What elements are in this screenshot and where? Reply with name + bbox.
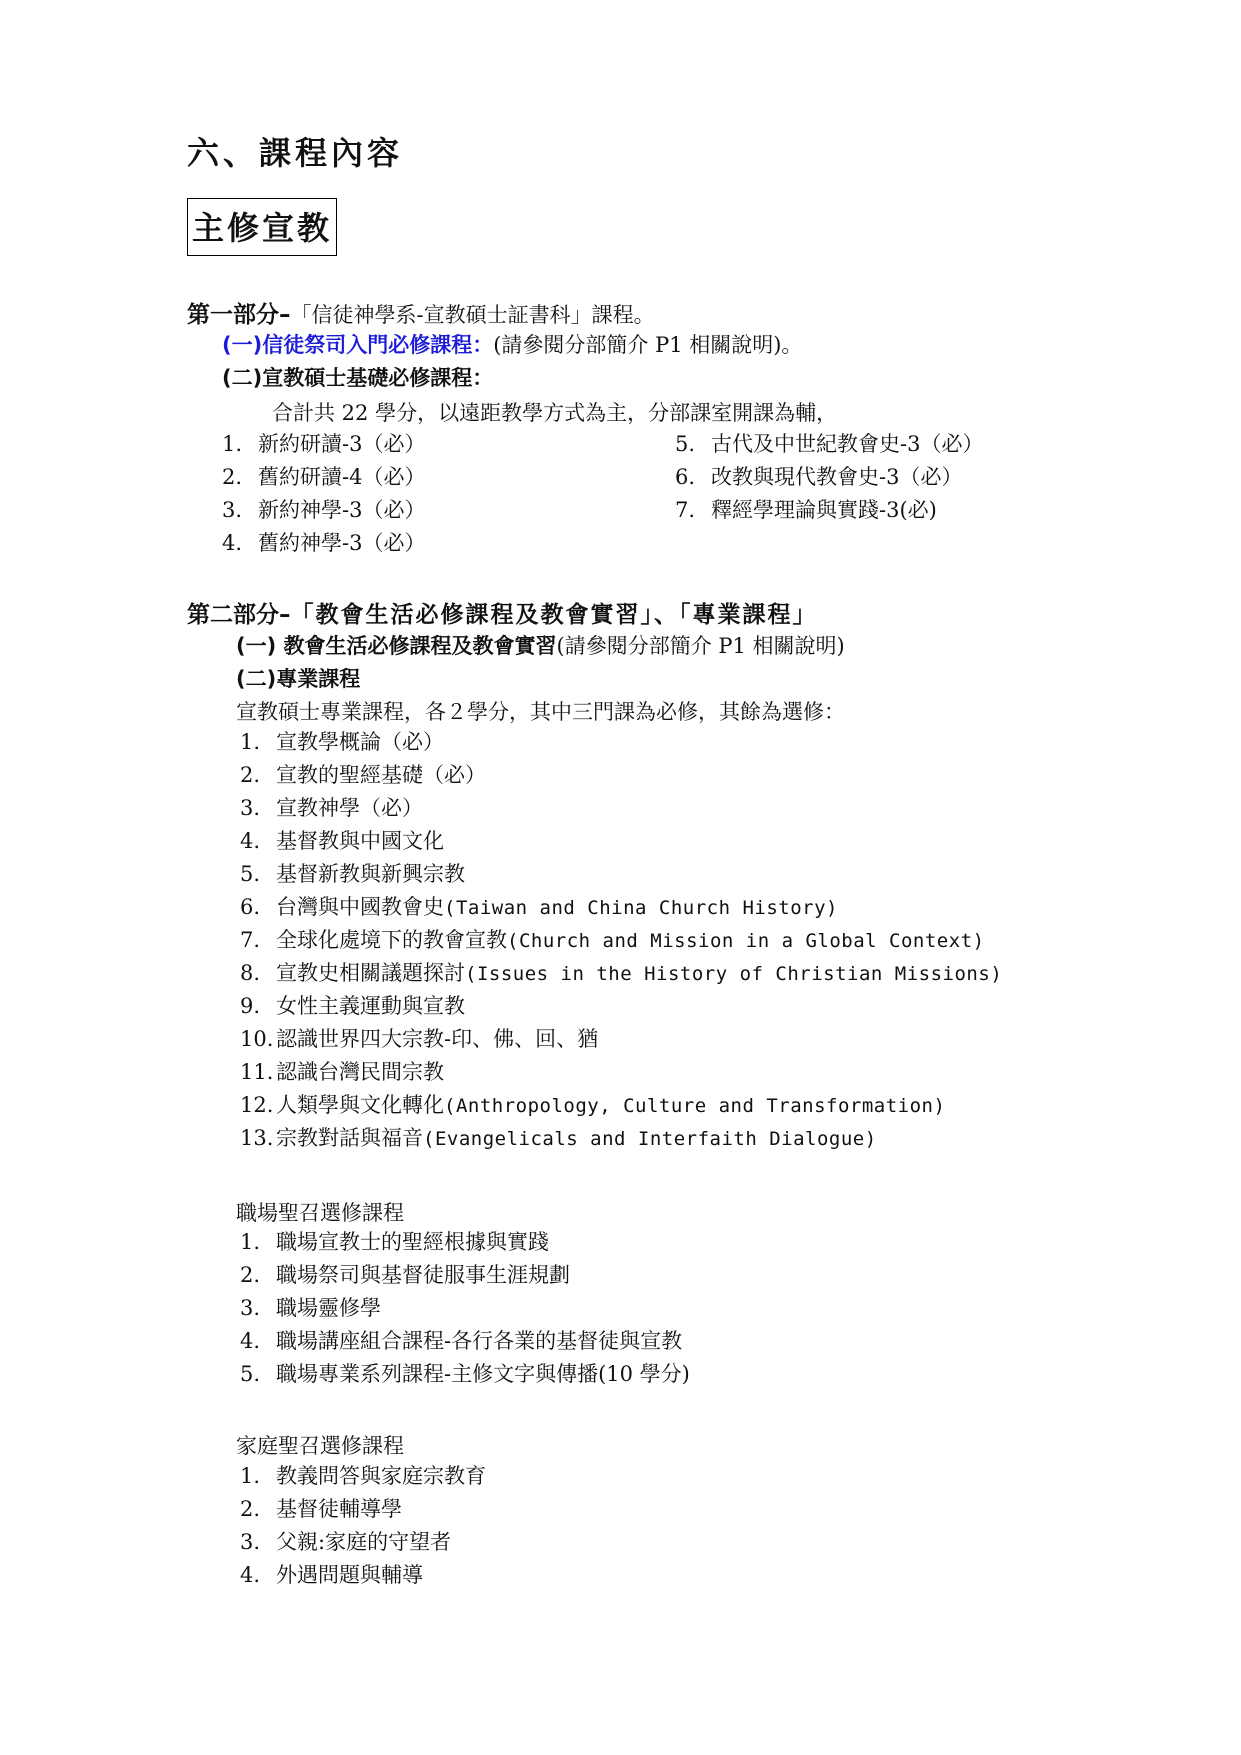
part2-title: 第二部分–「教會生活必修課程及教會實習」、「專業課程」 bbox=[187, 596, 818, 629]
list-item: 11.認識台灣民間宗教 bbox=[240, 1056, 1002, 1089]
list-item: 3.職場靈修學 bbox=[240, 1292, 690, 1325]
major-label-box: 主修宣教 bbox=[187, 198, 337, 256]
list-item: 7.全球化處境下的教會宣教(Church and Mission in a Gl… bbox=[240, 924, 1002, 957]
part2-title-rest: 「教會生活必修課程及教會實習」、「專業課程」 bbox=[291, 602, 818, 628]
part1-sub1-label: (一)信徒祭司入門必修課程： bbox=[222, 333, 493, 357]
part1-title-bold: 第一部分– bbox=[187, 302, 291, 328]
family-courses: 1.教義問答與家庭宗教育 2.基督徒輔導學 3.父親:家庭的守望者 4.外遇問題… bbox=[240, 1460, 486, 1592]
part1-courses-left: 1.新約研讀-3（必） 2.舊約研讀-4（必） 3.新約神學-3（必） 4.舊約… bbox=[222, 428, 425, 560]
family-title: 家庭聖召選修課程 bbox=[236, 1430, 404, 1460]
list-item: 5.職場專業系列課程-主修文字與傳播(10 學分) bbox=[240, 1358, 690, 1391]
workplace-title: 職場聖召選修課程 bbox=[236, 1197, 404, 1227]
list-item: 4.外遇問題與輔導 bbox=[240, 1559, 486, 1592]
list-item: 3.宣教神學（必） bbox=[240, 792, 1002, 825]
part2-sub1: (一) 教會生活必修課程及教會實習(請參閱分部簡介 P1 相關說明) bbox=[236, 630, 845, 660]
list-item: 2.舊約研讀-4（必） bbox=[222, 461, 425, 494]
list-item: 1.教義問答與家庭宗教育 bbox=[240, 1460, 486, 1493]
list-item: 6.台灣與中國教會史(Taiwan and China Church Histo… bbox=[240, 891, 1002, 924]
list-item: 4.基督教與中國文化 bbox=[240, 825, 1002, 858]
part2-title-bold: 第二部分– bbox=[187, 602, 291, 628]
list-item: 6.改教與現代教會史-3（必） bbox=[675, 461, 983, 494]
part2-sub1-label: (一) 教會生活必修課程及教會實習 bbox=[236, 634, 557, 658]
list-item: 12.人類學與文化轉化(Anthropology, Culture and Tr… bbox=[240, 1089, 1002, 1122]
list-item: 8.宣教史相關議題探討(Issues in the History of Chr… bbox=[240, 957, 1002, 990]
part1-title: 第一部分–「信徒神學系-宣教碩士証書科」課程。 bbox=[187, 296, 655, 329]
list-item: 7.釋經學理論與實踐-3(必) bbox=[675, 494, 983, 527]
list-item: 9.女性主義運動與宣教 bbox=[240, 990, 1002, 1023]
list-item: 1.宣教學概論（必） bbox=[240, 726, 1002, 759]
part2-sub2-desc: 宣教碩士專業課程，各２學分，其中三門課為必修，其餘為選修： bbox=[236, 696, 845, 726]
workplace-courses: 1.職場宣教士的聖經根據與實踐 2.職場祭司與基督徒服事生涯規劃 3.職場靈修學… bbox=[240, 1226, 690, 1391]
list-item: 2.職場祭司與基督徒服事生涯規劃 bbox=[240, 1259, 690, 1292]
list-item: 3.新約神學-3（必） bbox=[222, 494, 425, 527]
list-item: 5.古代及中世紀教會史-3（必） bbox=[675, 428, 983, 461]
part1-title-rest: 「信徒神學系-宣教碩士証書科」課程。 bbox=[291, 303, 655, 327]
list-item: 4.職場講座組合課程-各行各業的基督徒與宣教 bbox=[240, 1325, 690, 1358]
part1-courses-right: 5.古代及中世紀教會史-3（必） 6.改教與現代教會史-3（必） 7.釋經學理論… bbox=[675, 428, 983, 527]
list-item: 5.基督新教與新興宗教 bbox=[240, 858, 1002, 891]
list-item: 10.認識世界四大宗教-印、佛、回、猶 bbox=[240, 1023, 1002, 1056]
list-item: 13.宗教對話與福音(Evangelicals and Interfaith D… bbox=[240, 1122, 1002, 1155]
list-item: 4.舊約神學-3（必） bbox=[222, 527, 425, 560]
part1-sub2-label: (二)宣教碩士基礎必修課程： bbox=[222, 362, 493, 392]
part1-sub1: (一)信徒祭司入門必修課程：(請參閱分部簡介 P1 相關說明)。 bbox=[222, 329, 802, 359]
list-item: 2.宣教的聖經基礎（必） bbox=[240, 759, 1002, 792]
part2-sub2-label: (二)專業課程 bbox=[236, 663, 360, 693]
part2-sub1-note: (請參閱分部簡介 P1 相關說明) bbox=[557, 634, 845, 658]
list-item: 1.職場宣教士的聖經根據與實踐 bbox=[240, 1226, 690, 1259]
list-item: 1.新約研讀-3（必） bbox=[222, 428, 425, 461]
list-item: 2.基督徒輔導學 bbox=[240, 1493, 486, 1526]
list-item: 3.父親:家庭的守望者 bbox=[240, 1526, 486, 1559]
part1-sub2-desc: 合計共 22 學分，以遠距教學方式為主，分部課室開課為輔， bbox=[272, 397, 837, 427]
section-heading: 六、課程內容 bbox=[187, 128, 403, 174]
part1-sub1-note: (請參閱分部簡介 P1 相關說明)。 bbox=[493, 333, 802, 357]
part2-courses: 1.宣教學概論（必） 2.宣教的聖經基礎（必） 3.宣教神學（必） 4.基督教與… bbox=[240, 726, 1002, 1155]
